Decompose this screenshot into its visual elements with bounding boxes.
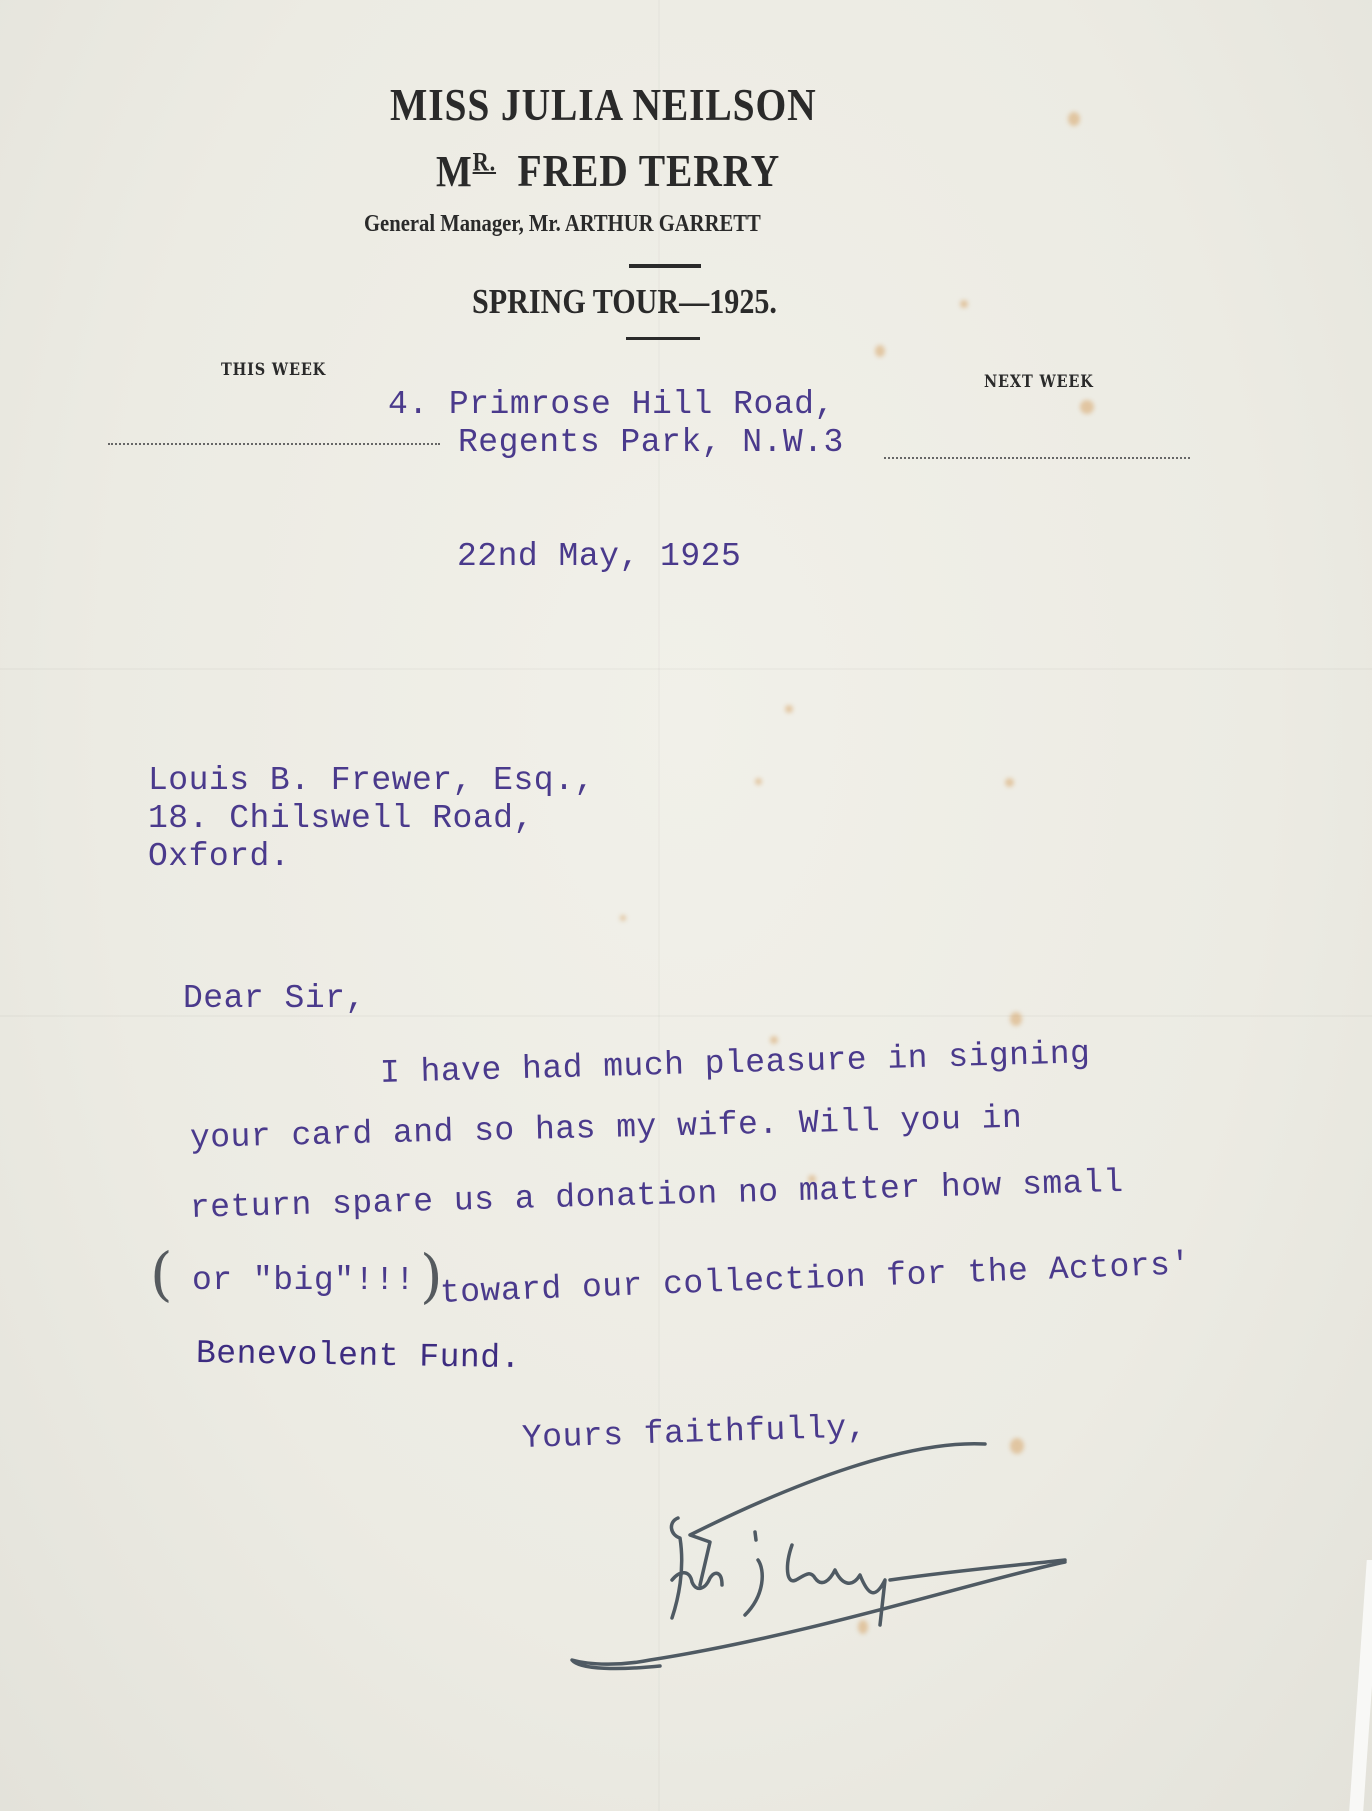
fold-crease	[0, 668, 1372, 670]
foxing-spot	[785, 705, 793, 713]
recipient-name: Louis B. Frewer, Esq.,	[148, 762, 595, 799]
next-week-dotted-line	[884, 457, 1190, 459]
divider-rule	[629, 264, 701, 268]
title-prefix-superscript: R.	[473, 147, 496, 176]
recipient-street: 18. Chilswell Road,	[148, 800, 534, 837]
title-prefix: MR.	[436, 147, 496, 196]
letterhead-line-1: MISS JULIA NEILSON	[390, 78, 817, 131]
handwritten-open-bracket: (	[150, 1240, 173, 1308]
foxing-spot	[1010, 1012, 1022, 1026]
salutation: Dear Sir,	[183, 980, 366, 1017]
body-line-5: Benevolent Fund.	[196, 1335, 521, 1377]
letterhead-tour: SPRING TOUR—1925.	[472, 282, 777, 322]
foxing-spot	[620, 915, 626, 921]
foxing-spot	[1080, 400, 1094, 414]
foxing-spot	[1005, 778, 1014, 787]
divider-rule	[626, 337, 700, 340]
foxing-spot	[960, 300, 968, 308]
next-week-label: NEXT WEEK	[984, 372, 1094, 392]
foxing-spot	[1068, 112, 1080, 126]
foxing-spot	[755, 778, 762, 785]
signature-fred-terry	[560, 1420, 1120, 1690]
letterhead-manager: General Manager, Mr. ARTHUR GARRETT	[364, 211, 761, 238]
letterhead-name: FRED TERRY	[518, 145, 781, 196]
foxing-spot	[770, 1036, 778, 1044]
sender-address-line-1: 4. Primrose Hill Road,	[388, 386, 835, 423]
body-line-4-aside: or "big"!!!	[192, 1262, 415, 1299]
sender-address-line-2: Regents Park, N.W.3	[458, 424, 844, 461]
letterhead-line-2: MR. FRED TERRY	[436, 144, 780, 197]
this-week-dotted-line	[108, 443, 440, 445]
this-week-label: THIS WEEK	[221, 360, 326, 380]
recipient-city: Oxford.	[148, 838, 290, 875]
letter-date: 22nd May, 1925	[457, 538, 741, 575]
foxing-spot	[875, 345, 885, 357]
